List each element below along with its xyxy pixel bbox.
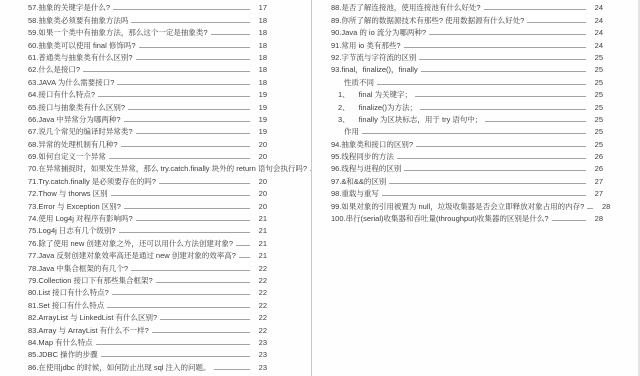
toc-entry[interactable]: 63.JAVA 为什么需要接口?18 [28, 76, 267, 88]
toc-leader-line [136, 133, 250, 134]
toc-leader-line [136, 220, 250, 221]
toc-entry-title: 82.ArrayList 与 LinkedList 有什么区别? [28, 312, 157, 324]
toc-entry[interactable]: 80.List 接口有什么特点?22 [28, 287, 267, 299]
toc-entry[interactable]: 57.抽象的关键字是什么?17 [28, 2, 267, 14]
toc-leader-line [239, 257, 250, 258]
toc-page-number: 25 [589, 89, 603, 101]
toc-leader-line [160, 319, 250, 320]
toc-leader-line [397, 158, 586, 159]
toc-leader-line [159, 183, 250, 184]
toc-page-number: 25 [589, 102, 603, 114]
toc-entry-title: 85.JDBC 操作的步骤 [28, 349, 98, 361]
toc-entry-title: 83.Array 与 ArrayList 有什么不一样? [28, 325, 149, 337]
toc-page-number: 22 [253, 312, 267, 324]
toc-leader-line [119, 232, 250, 233]
toc-entry-title: final 为关键字； [359, 89, 412, 101]
toc-entry[interactable]: 77.Java 反射创建对象效率高还是通过 new 创建对象的效率高?21 [28, 250, 267, 262]
toc-entry-title: 90.Java 的 io 流分为哪两种? [331, 27, 426, 39]
toc-entry-title: 77.Java 反射创建对象效率高还是通过 new 创建对象的效率高? [28, 250, 236, 262]
toc-leader-line [552, 220, 586, 221]
toc-leader-line [362, 133, 586, 134]
toc-entry[interactable]: 85.JDBC 操作的步骤23 [28, 349, 267, 361]
toc-entry[interactable]: 73.Error 与 Exception 区别?20 [28, 200, 267, 212]
toc-entry[interactable]: 作用25 [331, 126, 603, 138]
toc-page-number: 20 [253, 151, 267, 163]
toc-entry-title: 60.抽象类可以使用 final 修饰吗? [28, 40, 136, 52]
toc-entry-title: 64.接口有什么特点? [28, 89, 95, 101]
toc-entry-title: 66.Java 中异常分为哪两种? [28, 114, 121, 126]
toc-entry-title: 62.什么是接口? [28, 64, 80, 76]
toc-page-number: 20 [253, 176, 267, 188]
toc-entry-title: 96.线程与进程的区别 [331, 163, 401, 175]
toc-entry-title: 76.除了使用 new 创建对象之外，还可以用什么方法创建对象? [28, 238, 233, 250]
toc-entry[interactable]: 72.Thow 与 thorws 区别20 [28, 188, 267, 200]
toc-entry-title: 97.&和&&的区别 [331, 176, 386, 188]
toc-page-number: 20 [253, 188, 267, 200]
toc-page-number: 17 [253, 2, 267, 14]
toc-page-number: 21 [253, 250, 267, 262]
toc-entry-title: 74.使用 Log4j 对程序有影响吗? [28, 213, 133, 225]
toc-page-number: 23 [253, 337, 267, 349]
toc-entry-title: 作用 [344, 126, 359, 138]
toc-leader-line [131, 22, 250, 23]
toc-page-number: 22 [253, 263, 267, 275]
toc-entry[interactable]: 62.什么是接口?18 [28, 64, 267, 76]
toc-page-number: 18 [253, 15, 267, 27]
toc-page-number: 25 [589, 64, 603, 76]
toc-entry[interactable]: 68.异常的处理机制有几种?20 [28, 138, 267, 150]
toc-page-number: 26 [589, 151, 603, 163]
toc-page-number: 18 [253, 64, 267, 76]
toc-page-number: 26 [589, 163, 603, 175]
toc-page-number: 25 [589, 77, 603, 89]
toc-page-number: 19 [253, 89, 267, 101]
toc-entry[interactable]: 74.使用 Log4j 对程序有影响吗?21 [28, 213, 267, 225]
toc-leader-line [124, 121, 250, 122]
toc-leader-line [136, 59, 250, 60]
toc-entry[interactable]: 98.重载与重写27 [331, 188, 603, 200]
toc-entry-title: 68.异常的处理机制有几种? [28, 139, 118, 151]
toc-page-number: 25 [589, 126, 603, 138]
toc-entry[interactable]: 66.Java 中异常分为哪两种?19 [28, 114, 267, 126]
toc-page-number: 21 [253, 238, 267, 250]
toc-leader-line [112, 294, 250, 295]
toc-entry[interactable]: 67.说几个常见的编译时异常类?19 [28, 126, 267, 138]
toc-leader-line [382, 195, 586, 196]
toc-entry[interactable]: 90.Java 的 io 流分为哪两种?24 [331, 27, 603, 39]
toc-page-number: 27 [589, 176, 603, 188]
toc-page-number: 23 [253, 362, 267, 374]
toc-entry[interactable]: 59.如果一个类中有抽象方法，那么这个一定是抽象类?18 [28, 27, 267, 39]
toc-entry-title: 79.Collection 接口下有那些集合框架? [28, 275, 153, 287]
toc-leader-line [98, 96, 250, 97]
toc-leader-line [416, 146, 586, 147]
toc-page-number: 23 [253, 349, 267, 361]
toc-leader-line [83, 71, 250, 72]
toc-entry[interactable]: 89.你所了解的数据源技术有那些? 使用数据源有什么好处?24 [331, 14, 603, 26]
toc-page-number: 20 [253, 201, 267, 213]
toc-entry-title: 89.你所了解的数据源技术有那些? 使用数据源有什么好处? [331, 15, 524, 27]
toc-entry-title: 86.在使用jdbc 的时候，如何防止出现 sql 注入的问题。 [28, 362, 211, 374]
toc-entry-title: 78.Java 中集合框架的有几个? [28, 263, 128, 275]
toc-leader-line [236, 245, 250, 246]
toc-entry-title: 94.抽象类和接口的区别? [331, 139, 413, 151]
toc-entry-title: 88.是否了解连接池，使用连接池有什么好处? [331, 2, 481, 14]
toc-leader-line [484, 9, 586, 10]
toc-entry-title: 84.Map 有什么特点 [28, 337, 93, 349]
toc-page-number: 28 [589, 213, 603, 225]
toc-entry-title: finally 为区块标志，用于 try 语句中； [359, 114, 483, 126]
toc-entry-title: 91.常用 io 类有那些? [331, 40, 401, 52]
toc-leader-line [389, 183, 586, 184]
toc-page-number: 25 [589, 52, 603, 64]
toc-leader-line [419, 59, 586, 60]
toc-entry-title: 92.字节流与字符流的区别 [331, 52, 416, 64]
toc-leader-line [107, 307, 250, 308]
toc-entry-title: 100.串行(serial)收集器和吞吐量(throughput)收集器的区别是… [331, 213, 549, 225]
toc-entry[interactable]: 95.线程同步的方法26 [331, 151, 603, 163]
toc-leader-line [117, 84, 250, 85]
toc-entry-title: 65.接口与抽象类有什么区别? [28, 102, 125, 114]
toc-page-number: 18 [253, 40, 267, 52]
toc-page-number: 19 [253, 126, 267, 138]
toc-entry-title: 72.Thow 与 thorws 区别 [28, 188, 108, 200]
toc-leader-line [587, 208, 593, 209]
toc-entry-title: 71.Try.catch.finally 是必须要存在的吗? [28, 176, 156, 188]
toc-entry-title: 75.Log4j 日志有几个级别? [28, 225, 116, 237]
toc-entry-title: 69.如何自定义一个异常 [28, 151, 106, 163]
toc-entry[interactable]: 性质不同25 [331, 76, 603, 88]
toc-entry-title: 81.Set 接口有什么特点 [28, 300, 104, 312]
toc-entry-title: finalize()为方法； [359, 102, 417, 114]
toc-entry[interactable]: 58.抽象类必须要有抽象方法吗18 [28, 14, 267, 26]
toc-entry[interactable]: 81.Set 接口有什么特点22 [28, 299, 267, 311]
toc-entry[interactable]: 2、finalize()为方法；25 [331, 101, 603, 113]
toc-leader-line [109, 158, 250, 159]
toc-page-number: 25 [589, 139, 603, 151]
toc-leader-line [121, 146, 250, 147]
toc-leader-line [421, 71, 586, 72]
toc-entry-list-marker: 2、 [338, 102, 350, 114]
toc-page-number: 24 [589, 27, 603, 39]
toc-leader-line [124, 208, 250, 209]
toc-leader-line [152, 332, 250, 333]
toc-entry[interactable]: 71.Try.catch.finally 是必须要存在的吗?20 [28, 175, 267, 187]
toc-leader-line [156, 282, 250, 283]
toc-page-number: 24 [589, 2, 603, 14]
toc-page-number: 25 [589, 114, 603, 126]
document-viewport: 57.抽象的关键字是什么?1758.抽象类必须要有抽象方法吗1859.如果一个类… [0, 0, 640, 376]
toc-leader-line [404, 47, 586, 48]
toc-leader-line [131, 270, 250, 271]
toc-entry[interactable]: 60.抽象类可以使用 final 修饰吗?18 [28, 39, 267, 51]
toc-leader-line [211, 34, 250, 35]
toc-entry[interactable]: 100.串行(serial)收集器和吞吐量(throughput)收集器的区别是… [331, 213, 603, 225]
toc-page-number: 18 [253, 52, 267, 64]
toc-entry[interactable]: 65.接口与抽象类有什么区别?19 [28, 101, 267, 113]
toc-page-number: 19 [253, 114, 267, 126]
toc-leader-line [485, 121, 586, 122]
toc-entry-title: 93.final，finalize()，finally [331, 64, 418, 76]
toc-leader-line [101, 356, 250, 357]
toc-entry[interactable]: 88.是否了解连接池，使用连接池有什么好处?24 [331, 2, 603, 14]
toc-leader-line [415, 96, 586, 97]
toc-entry[interactable]: 1、final 为关键字；25 [331, 89, 603, 101]
toc-entry[interactable]: 82.ArrayList 与 LinkedList 有什么区别?22 [28, 312, 267, 324]
toc-entry-list-marker: 1、 [338, 89, 350, 101]
toc-entry-title: 63.JAVA 为什么需要接口? [28, 77, 114, 89]
toc-leader-line [111, 195, 250, 196]
toc-entry-title: 95.线程同步的方法 [331, 151, 394, 163]
toc-entry[interactable]: 70.在异常捕捉时，如果发生异常，那么 try.catch.finally 块外… [28, 163, 267, 175]
toc-page-number: 19 [253, 102, 267, 114]
toc-leader-line [139, 47, 250, 48]
toc-entry-title: 98.重载与重写 [331, 188, 379, 200]
toc-page-number: 18 [253, 77, 267, 89]
toc-entry-title: 59.如果一个类中有抽象方法，那么这个一定是抽象类? [28, 27, 208, 39]
toc-page-number: 22 [253, 300, 267, 312]
toc-entry[interactable]: 84.Map 有什么特点23 [28, 337, 267, 349]
toc-page-number: 28 [596, 201, 610, 213]
toc-entry-title: 80.List 接口有什么特点? [28, 287, 109, 299]
toc-leader-line [527, 22, 586, 23]
toc-entry[interactable]: 93.final，finalize()，finally25 [331, 64, 603, 76]
toc-entry-title: 70.在异常捕捉时，如果发生异常，那么 try.catch.finally 块外… [28, 163, 307, 175]
toc-leader-line [96, 344, 250, 345]
toc-entry[interactable]: 76.除了使用 new 创建对象之外，还可以用什么方法创建对象?21 [28, 237, 267, 249]
toc-page-number: 18 [253, 27, 267, 39]
two-page-spread: 57.抽象的关键字是什么?1758.抽象类必须要有抽象方法吗1859.如果一个类… [0, 0, 640, 376]
toc-page-number: 22 [253, 287, 267, 299]
toc-page-number: 22 [253, 325, 267, 337]
toc-page-number: 22 [253, 275, 267, 287]
toc-entry[interactable]: 96.线程与进程的区别26 [331, 163, 603, 175]
toc-page-number: 21 [253, 225, 267, 237]
toc-entry[interactable]: 79.Collection 接口下有那些集合框架?22 [28, 275, 267, 287]
toc-entry-title: 67.说几个常见的编译时异常类? [28, 126, 133, 138]
toc-entry[interactable]: 61.普通类与抽象类有什么区别?18 [28, 52, 267, 64]
toc-page-number: 24 [589, 15, 603, 27]
toc-leader-line [404, 170, 586, 171]
toc-entry[interactable]: 94.抽象类和接口的区别?25 [331, 138, 603, 150]
toc-entry[interactable]: 97.&和&&的区别27 [331, 175, 603, 187]
toc-entry-title: 73.Error 与 Exception 区别? [28, 201, 121, 213]
toc-page-right: 88.是否了解连接池，使用连接池有什么好处?2489.你所了解的数据源技术有那些… [312, 0, 640, 376]
toc-entry[interactable]: 78.Java 中集合框架的有几个?22 [28, 262, 267, 274]
toc-entry[interactable]: 64.接口有什么特点?19 [28, 89, 267, 101]
toc-entry[interactable]: 69.如何自定义一个异常20 [28, 151, 267, 163]
toc-leader-line [420, 109, 586, 110]
toc-leader-line [429, 34, 586, 35]
toc-entry-title: 61.普通类与抽象类有什么区别? [28, 52, 133, 64]
toc-leader-line [113, 9, 250, 10]
toc-entry-title: 99.如果对象的引用被置为 null，垃圾收集器是否会立即释放对象占用的内存? [331, 201, 584, 213]
toc-page-number: 20 [253, 139, 267, 151]
toc-entry-list-marker: 3、 [338, 114, 350, 126]
toc-entry[interactable]: 83.Array 与 ArrayList 有什么不一样?22 [28, 324, 267, 336]
toc-page-number: 21 [253, 213, 267, 225]
toc-leader-line [214, 369, 250, 370]
toc-page-left: 57.抽象的关键字是什么?1758.抽象类必须要有抽象方法吗1859.如果一个类… [0, 0, 312, 376]
toc-entry[interactable]: 91.常用 io 类有那些?24 [331, 39, 603, 51]
toc-leader-line [377, 84, 586, 85]
toc-entry[interactable]: 3、finally 为区块标志，用于 try 语句中；25 [331, 114, 603, 126]
toc-entry-title: 58.抽象类必须要有抽象方法吗 [28, 15, 128, 27]
toc-leader-line [128, 109, 250, 110]
toc-entry-title: 57.抽象的关键字是什么? [28, 2, 110, 14]
toc-entry[interactable]: 99.如果对象的引用被置为 null，垃圾收集器是否会立即释放对象占用的内存?2… [331, 200, 603, 212]
toc-entry[interactable]: 75.Log4j 日志有几个级别?21 [28, 225, 267, 237]
toc-entry[interactable]: 92.字节流与字符流的区别25 [331, 52, 603, 64]
toc-entry[interactable]: 86.在使用jdbc 的时候，如何防止出现 sql 注入的问题。23 [28, 361, 267, 373]
toc-entry-title: 性质不同 [344, 77, 374, 89]
toc-page-number: 27 [589, 188, 603, 200]
toc-page-number: 24 [589, 40, 603, 52]
